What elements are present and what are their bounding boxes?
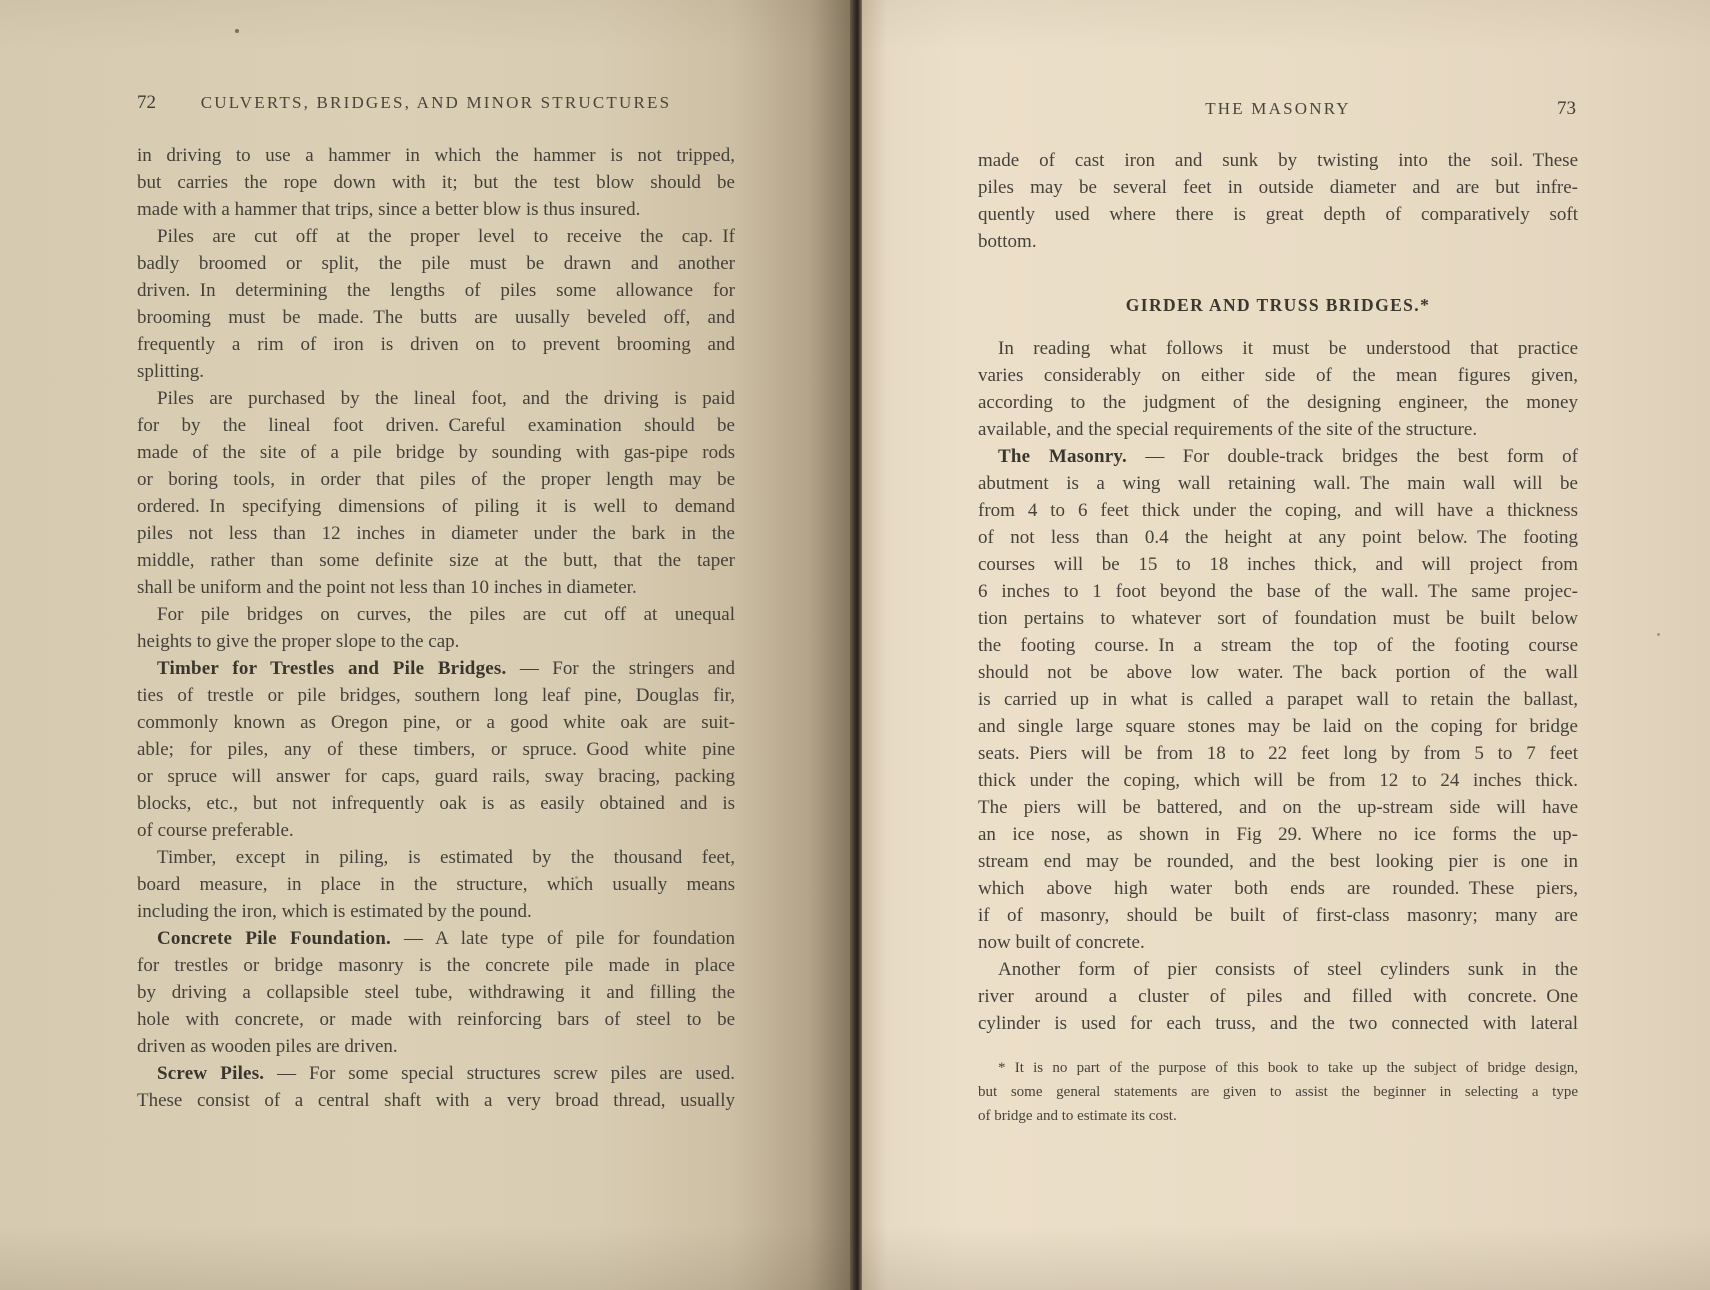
- text-line: In reading what follows it must be under…: [978, 335, 1578, 362]
- text-line: made of the site of a pile bridge by sou…: [137, 439, 735, 466]
- text-line: ties of trestle or pile bridges, souther…: [137, 682, 735, 709]
- text-line: brooming must be made. The butts are uus…: [137, 304, 735, 331]
- text-line: in driving to use a hammer in which the …: [137, 142, 735, 169]
- text-line: ordered. In specifying dimensions of pil…: [137, 493, 735, 520]
- left-page: 72 CULVERTS, BRIDGES, AND MINOR STRUCTUR…: [0, 0, 852, 1290]
- text-line: according to the judgment of the designi…: [978, 389, 1578, 416]
- text-line: tion pertains to whatever sort of founda…: [978, 605, 1578, 632]
- text-line: piles may be several feet in outside dia…: [978, 174, 1578, 201]
- left-running-head: CULVERTS, BRIDGES, AND MINOR STRUCTURES: [137, 92, 735, 114]
- right-page-body-intro: made of cast iron and sunk by twisting i…: [978, 147, 1578, 255]
- text-line: varies considerably on either side of th…: [978, 362, 1578, 389]
- text-line: driven. In determining the lengths of pi…: [137, 277, 735, 304]
- left-page-body: in driving to use a hammer in which the …: [137, 142, 735, 1114]
- right-running-head: THE MASONRY: [978, 98, 1578, 120]
- text-line: driven as wooden piles are driven.: [137, 1033, 735, 1060]
- right-page-number: 73: [1557, 98, 1576, 120]
- text-line: heights to give the proper slope to the …: [137, 628, 735, 655]
- text-line: piles not less than 12 inches in diamete…: [137, 520, 735, 547]
- left-page-header: 72 CULVERTS, BRIDGES, AND MINOR STRUCTUR…: [137, 92, 735, 114]
- section-heading: GIRDER AND TRUSS BRIDGES.*: [978, 293, 1578, 317]
- text-line: thick under the coping, which will be fr…: [978, 767, 1578, 794]
- text-line: made of cast iron and sunk by twisting i…: [978, 147, 1578, 174]
- text-line: bottom.: [978, 228, 1578, 255]
- text-line: of course preferable.: [137, 817, 735, 844]
- right-page-header: THE MASONRY 73: [978, 98, 1578, 120]
- text-line: seats. Piers will be from 18 to 22 feet …: [978, 740, 1578, 767]
- text-line: an ice nose, as shown in Fig 29. Where n…: [978, 821, 1578, 848]
- text-line: frequently a rim of iron is driven on to…: [137, 331, 735, 358]
- footnote: * It is no part of the purpose of this b…: [978, 1056, 1578, 1128]
- text-line: but some general statements are given to…: [978, 1080, 1578, 1104]
- text-line: Piles are cut off at the proper level to…: [137, 223, 735, 250]
- text-line: commonly known as Oregon pine, or a good…: [137, 709, 735, 736]
- text-line: cylinder is used for each truss, and the…: [978, 1010, 1578, 1037]
- book-spread-scan: 72 CULVERTS, BRIDGES, AND MINOR STRUCTUR…: [0, 0, 1710, 1290]
- text-line: from 4 to 6 feet thick under the coping,…: [978, 497, 1578, 524]
- text-line: The Masonry. — For double-track bridges …: [978, 443, 1578, 470]
- text-line: the footing course. In a stream the top …: [978, 632, 1578, 659]
- text-line: These consist of a central shaft with a …: [137, 1087, 735, 1114]
- ink-speck: [1657, 633, 1660, 636]
- text-line: should not be above low water. The back …: [978, 659, 1578, 686]
- text-line: if of masonry, should be built of first-…: [978, 902, 1578, 929]
- text-line: Timber for Trestles and Pile Bridges. — …: [137, 655, 735, 682]
- text-line: Another form of pier consists of steel c…: [978, 956, 1578, 983]
- text-line: stream end may be rounded, and the best …: [978, 848, 1578, 875]
- text-line: now built of concrete.: [978, 929, 1578, 956]
- text-line: made with a hammer that trips, since a b…: [137, 196, 735, 223]
- text-line: courses will be 15 to 18 inches thick, a…: [978, 551, 1578, 578]
- text-line: which above high water both ends are rou…: [978, 875, 1578, 902]
- text-line: but carries the rope down with it; but t…: [137, 169, 735, 196]
- ink-speck: [235, 29, 239, 33]
- text-line: For pile bridges on curves, the piles ar…: [137, 601, 735, 628]
- text-line: hole with concrete, or made with reinfor…: [137, 1006, 735, 1033]
- text-line: river around a cluster of piles and fill…: [978, 983, 1578, 1010]
- text-line: blocks, etc., but not infrequently oak i…: [137, 790, 735, 817]
- text-line: * It is no part of the purpose of this b…: [978, 1056, 1578, 1080]
- text-line: Timber, except in piling, is estimated b…: [137, 844, 735, 871]
- text-line: or boring tools, in order that piles of …: [137, 466, 735, 493]
- text-line: for trestles or bridge masonry is the co…: [137, 952, 735, 979]
- text-line: The piers will be battered, and on the u…: [978, 794, 1578, 821]
- text-line: or spruce will answer for caps, guard ra…: [137, 763, 735, 790]
- right-page: THE MASONRY 73 made of cast iron and sun…: [862, 0, 1710, 1290]
- left-page-number: 72: [137, 92, 156, 114]
- text-line: for by the lineal foot driven. Careful e…: [137, 412, 735, 439]
- text-line: Piles are purchased by the lineal foot, …: [137, 385, 735, 412]
- text-line: available, and the special requirements …: [978, 416, 1578, 443]
- text-line: and single large square stones may be la…: [978, 713, 1578, 740]
- text-line: splitting.: [137, 358, 735, 385]
- text-line: by driving a collapsible steel tube, wit…: [137, 979, 735, 1006]
- text-line: middle, rather than some definite size a…: [137, 547, 735, 574]
- right-page-body-main: In reading what follows it must be under…: [978, 335, 1578, 1037]
- text-line: including the iron, which is estimated b…: [137, 898, 735, 925]
- text-line: of bridge and to estimate its cost.: [978, 1104, 1578, 1128]
- text-line: abutment is a wing wall retaining wall. …: [978, 470, 1578, 497]
- text-line: shall be uniform and the point not less …: [137, 574, 735, 601]
- text-line: 6 inches to 1 foot beyond the base of th…: [978, 578, 1578, 605]
- text-line: quently used where there is great depth …: [978, 201, 1578, 228]
- text-line: of not less than 0.4 the height at any p…: [978, 524, 1578, 551]
- text-line: Concrete Pile Foundation. — A late type …: [137, 925, 735, 952]
- text-line: is carried up in what is called a parape…: [978, 686, 1578, 713]
- text-line: Screw Piles. — For some special structur…: [137, 1060, 735, 1087]
- text-line: board measure, in place in the structure…: [137, 871, 735, 898]
- text-line: badly broomed or split, the pile must be…: [137, 250, 735, 277]
- text-line: able; for piles, any of these timbers, o…: [137, 736, 735, 763]
